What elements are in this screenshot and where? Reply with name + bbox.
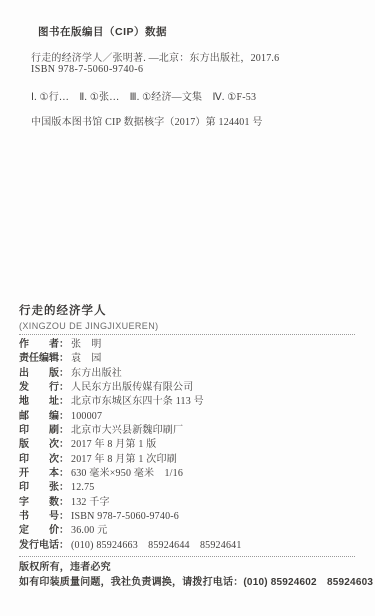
row-format: 开 本：630 毫米×950 毫米 1/16 [19,467,355,481]
field-value: 630 毫米×950 毫米 1/16 [71,468,183,479]
row-editor: 责任编辑：袁 园 [19,352,355,366]
field-value: 北京市东城区东四十条 113 号 [71,396,204,407]
row-postcode: 邮 编：100007 [19,410,355,424]
field-colon: ： [59,511,69,522]
row-publisher: 出 版：东方出版社 [19,367,355,381]
row-sheets: 印 张：12.75 [19,481,355,495]
field-colon: ： [59,382,69,393]
row-address: 地 址：北京市东城区东四十条 113 号 [19,395,355,409]
cip-isbn-line: ISBN 978-7-5060-9740-6 [31,64,143,75]
field-label: 定 价 [19,525,59,536]
book-title: 行走的经济学人 [19,302,355,318]
field-colon: ： [59,339,69,350]
row-isbn: 书 号：ISBN 978-7-5060-9740-6 [19,510,355,524]
field-label: 印 次 [19,454,59,465]
field-label: 发行电话 [19,540,59,551]
field-label: 开 本 [19,468,59,479]
cip-classification-line: Ⅰ. ①行… Ⅱ. ①张… Ⅲ. ①经济—文集 Ⅳ. ①F-53 [31,88,256,103]
copyright-page: 图书在版编目（CIP）数据 行走的经济学人／张明著. —北京：东方出版社，201… [0,0,375,616]
field-label: 出 版 [19,368,59,379]
quality-notice: 如有印装质量问题，我社负责调换，请拨打电话：(010) 85924602 859… [19,575,355,590]
field-colon: ： [59,425,69,436]
field-label: 字 数 [19,497,59,508]
row-printing: 印 次：2017 年 8 月第 1 次印刷 [19,453,355,467]
field-value: 张 明 [71,339,102,350]
book-title-pinyin: (XINGZOU DE JINGJIXUEREN) [19,318,355,335]
field-label: 印 刷 [19,425,59,436]
field-colon: ： [59,454,69,465]
field-colon: ： [59,368,69,379]
field-label: 地 址 [19,396,59,407]
field-value: 2017 年 8 月第 1 版 [71,439,157,450]
field-value: 2017 年 8 月第 1 次印刷 [71,454,177,465]
field-colon: ： [59,411,69,422]
field-value: (010) 85924663 85924644 85924641 [71,540,242,551]
copyright-notice: 版权所有，违者必究 [19,560,355,575]
row-author: 作 者：张 明 [19,338,355,352]
field-value: 36.00 元 [71,525,107,536]
field-label: 作 者 [19,339,59,350]
field-label: 责任编辑 [19,353,59,364]
cip-record-number-line: 中国版本图书馆 CIP 数据核字（2017）第 124401 号 [31,113,263,128]
cip-heading: 图书在版编目（CIP）数据 [38,24,167,39]
field-label: 邮 编 [19,411,59,422]
field-colon: ： [59,396,69,407]
row-sales-phone: 发行电话：(010) 85924663 85924644 85924641 [19,539,355,557]
field-colon: ： [59,353,69,364]
field-value: 北京市大兴县新魏印刷厂 [71,425,183,436]
row-distributor: 发 行：人民东方出版传媒有限公司 [19,381,355,395]
field-value: ISBN 978-7-5060-9740-6 [71,511,179,522]
field-value: 人民东方出版传媒有限公司 [71,382,193,393]
field-value: 132 千字 [71,497,110,508]
field-colon: ： [59,468,69,479]
row-price: 定 价：36.00 元 [19,524,355,538]
row-wordcount: 字 数：132 千字 [19,496,355,510]
field-label: 印 张 [19,482,59,493]
cip-publication-line: 行走的经济学人／张明著. —北京：东方出版社，2017.6 [31,49,279,64]
colophon: 行走的经济学人 (XINGZOU DE JINGJIXUEREN) 作 者：张 … [19,302,355,590]
field-colon: ： [59,497,69,508]
field-label: 发 行 [19,382,59,393]
field-colon: ： [59,525,69,536]
field-value: 100007 [71,411,102,422]
field-label: 书 号 [19,511,59,522]
colophon-rows: 作 者：张 明 责任编辑：袁 园 出 版：东方出版社 发 行：人民东方出版传媒有… [19,338,355,557]
field-colon: ： [59,482,69,493]
field-colon: ： [59,439,69,450]
field-value: 袁 园 [71,353,102,364]
field-label: 版 次 [19,439,59,450]
field-value: 东方出版社 [71,368,122,379]
row-printer: 印 刷：北京市大兴县新魏印刷厂 [19,424,355,438]
field-value: 12.75 [71,482,95,493]
row-edition: 版 次：2017 年 8 月第 1 版 [19,438,355,452]
field-colon: ： [59,540,69,551]
